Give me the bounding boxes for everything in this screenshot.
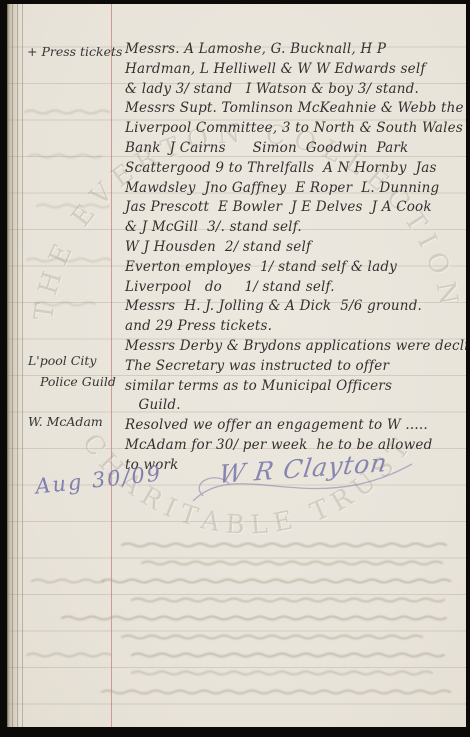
handwriting-line: Liverpool Committee, 3 to North & South … [125,119,461,139]
margin-note-press-tickets: + Press tickets [27,44,122,59]
handwriting-line: and 29 Press tickets. [125,317,461,337]
handwriting-line: Jas Prescott E Bowler J E Delves J A Coo… [125,198,461,218]
handwriting-line: Everton employes 1/ stand self & lady [125,258,461,278]
handwriting-line: Resolved we offer an engagement to W ...… [125,416,461,436]
ghost-line [132,654,444,657]
handwriting-line: W J Housden 2/ stand self [125,238,461,258]
handwriting-line: Mawdsley Jno Gaffney E Roper L. Dunning [125,179,461,199]
ghost-line [132,672,432,675]
margin-note-lpool-city: L'pool City [28,353,96,368]
handwriting-line: Guild. [125,396,461,416]
ghost-line [132,599,444,602]
handwriting-line: Liverpool do 1/ stand self. [125,278,461,298]
minutes-text-block: Messrs. A Lamoshe, G. Bucknall, H PHardm… [125,40,461,476]
scanned-minute-book-page: THE EVERTON COLLECTION CHARITABLE TRUST … [0,0,470,737]
ghost-line [35,303,95,306]
ghost-line [102,691,450,694]
scan-border-bottom [0,727,470,737]
handwriting-line: McAdam for 30/ per week he to be allowed [125,436,461,456]
ghost-line [37,205,109,208]
ghost-line [32,580,104,583]
handwriting-line: Messrs. A Lamoshe, G. Bucknall, H P [125,40,461,60]
handwriting-line: Messrs Derby & Brydons applications were… [125,337,461,357]
margin-note-police-guild: Police Guild [40,374,116,389]
handwriting-line: Bank J Cairns Simon Goodwin Park [125,139,461,159]
ghost-line [142,562,442,565]
handwriting-line: The Secretary was instructed to offer [125,357,461,377]
ghost-line [27,654,111,657]
ghost-line [29,155,101,158]
ghost-line [25,111,109,114]
ghost-line [27,259,111,262]
ghost-line [102,580,450,583]
handwriting-line: & J McGill 3/. stand self. [125,218,461,238]
handwriting-line: & lady 3/ stand I Watson & boy 3/ stand. [125,80,461,100]
scan-border-left [0,0,7,737]
ghost-line [62,617,446,620]
scan-border-top [0,0,470,4]
notebook-page: THE EVERTON COLLECTION CHARITABLE TRUST … [7,4,466,727]
scan-border-right [466,0,470,737]
handwriting-line: Hardman, L Helliwell & W W Edwards self [125,60,461,80]
handwriting-line: Messrs H. J. Jolling & A Dick 5/6 ground… [125,297,461,317]
handwriting-line: Messrs Supt. Tomlinson McKeahnie & Webb … [125,99,461,119]
margin-note-mcadam: W. McAdam [28,414,103,429]
handwriting-line: similar terms as to Municipal Officers [125,377,461,397]
ghost-line [122,636,422,639]
ghost-line [122,544,446,547]
handwriting-line: Scattergood 9 to Threlfalls A N Hornby J… [125,159,461,179]
